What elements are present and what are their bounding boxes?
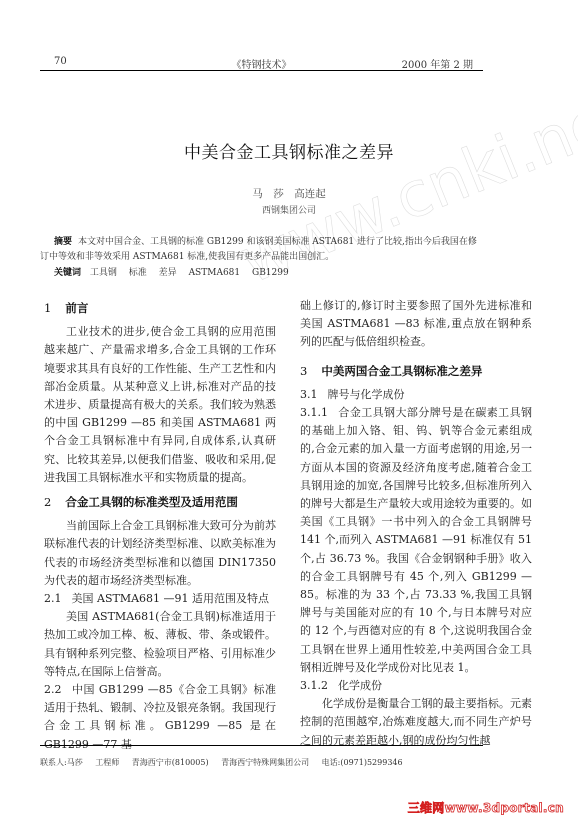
subsection-heading-3-1-2: 3.1.2化学成份 bbox=[300, 677, 532, 695]
footnote-contact: 联系人:马莎 工程师 青海西宁市(810005) 青海西宁特殊网集团公司 电话:… bbox=[40, 757, 413, 768]
paragraph: 化学成份是衡量合工钢的最主要指标。元素控制的范围越窄,冶炼难度越大,而不同生产炉… bbox=[300, 695, 532, 750]
paragraph: 当前国际上合金工具钢标准大致可分为前苏联标准代表的计划经济类型标准、以欧美标准为… bbox=[44, 517, 276, 590]
paragraph: 工业技术的进步,使合金工具钢的应用范围越来越广、产量需求增多,合金工具钢的工作环… bbox=[44, 323, 276, 487]
site-watermark: 三维网www.3dportal.cn bbox=[408, 799, 564, 816]
paragraph: 美国 ASTMA681(合金工具钢)标准适用于热加工或冷加工棒、板、薄板、带、条… bbox=[44, 608, 276, 681]
article-authors: 马 莎 高连起 bbox=[0, 186, 578, 201]
article-title: 中美合金工具钢标准之差异 bbox=[0, 138, 578, 163]
keyword: 工具钢 bbox=[90, 268, 117, 278]
section-heading-1: 1前言 bbox=[44, 299, 276, 317]
subsection-3-1-1: 3.1.1合金工具钢大部分牌号是在碳素工具钢的基础上加入铬、钼、钨、钒等合金元素… bbox=[300, 404, 532, 677]
header-divider bbox=[40, 70, 483, 71]
contact-person: 联系人:马莎 bbox=[40, 758, 83, 767]
author-affiliation: 西钢集团公司 bbox=[0, 203, 578, 216]
section-heading-2: 2合金工具钢的标准类型及适用范围 bbox=[44, 493, 276, 511]
abstract-text: 本文对中国合金、工具钢的标准 GB1299 和该钢美国标准 ASTA681 进行… bbox=[40, 237, 477, 262]
section-heading-3: 3中美两国合金工具钢标准之差异 bbox=[300, 362, 532, 380]
left-column: 1前言 工业技术的进步,使合金工具钢的应用范围越来越广、产量需求增多,合金工具钢… bbox=[44, 293, 276, 754]
keywords-label: 关键词 bbox=[54, 268, 81, 278]
issue-label: 2000 年第 2 期 bbox=[402, 56, 473, 71]
keyword: 标准 bbox=[129, 268, 147, 278]
subsection-heading-3-1: 3.1牌号与化学成份 bbox=[300, 386, 532, 404]
keyword: ASTMA681 bbox=[189, 268, 241, 278]
running-header: 70 《特钢技术》 2000 年第 2 期 bbox=[40, 56, 483, 70]
subsection-heading-2-1: 2.1美国 ASTMA681 —91 适用范围及特点 bbox=[44, 590, 276, 608]
contact-title: 工程师 bbox=[95, 758, 119, 767]
subsection-heading-2-2: 2.2中国 GB1299 —85《合金工具钢》标准适用于热轧、锻制、冷拉及银亮条… bbox=[44, 681, 276, 754]
keyword: 差异 bbox=[159, 268, 177, 278]
footer-divider bbox=[40, 745, 483, 746]
right-column: 础上修订的,修订时主要参照了国外先进标准和美国 ASTMA681 —83 标准,… bbox=[300, 297, 532, 750]
contact-phone: 电话:(0971)5299346 bbox=[322, 758, 403, 767]
contact-address: 青海西宁市(810005) bbox=[132, 758, 209, 767]
keyword: GB1299 bbox=[252, 268, 289, 278]
abstract-label: 摘要 bbox=[54, 237, 72, 247]
paragraph: 础上修订的,修订时主要参照了国外先进标准和美国 ASTMA681 —83 标准,… bbox=[300, 297, 532, 352]
contact-company: 青海西宁特殊网集团公司 bbox=[221, 758, 309, 767]
abstract: 摘要本文对中国合金、工具钢的标准 GB1299 和该钢美国标准 ASTA681 … bbox=[40, 235, 485, 265]
keywords: 关键词 工具钢 标准 差异 ASTMA681 GB1299 bbox=[54, 265, 298, 278]
